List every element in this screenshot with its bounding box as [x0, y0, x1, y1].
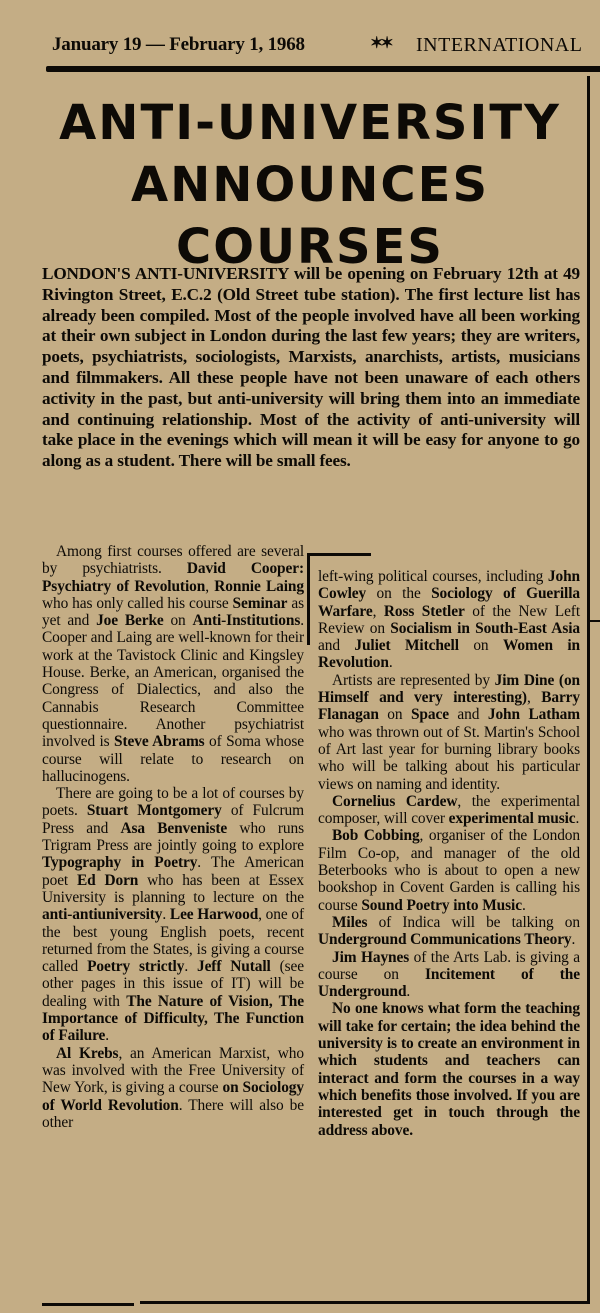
lecturer-name: Ed Dorn	[77, 872, 138, 889]
paragraph-poets: There are going to be a lot of courses b…	[42, 785, 304, 1044]
article-column-left: Among first courses offered are several …	[42, 543, 304, 1131]
course-name: Socialism in South-East Asia	[390, 620, 580, 637]
text: .	[184, 958, 197, 975]
masthead: January 19 — February 1, 1968 ✶✶ INTERNA…	[46, 30, 600, 60]
text: .	[105, 1027, 109, 1044]
lecturer-name: Juliet Mitchell	[354, 637, 459, 654]
text: who was thrown out of St. Martin's Schoo…	[318, 724, 580, 793]
paragraph-psychiatrists: Among first courses offered are several …	[42, 543, 304, 785]
lecturer-name: Stuart Montgomery	[87, 802, 222, 819]
course-name: Seminar	[233, 595, 288, 612]
lede-paragraph: LONDON'S ANTI-UNIVERSITY will be opening…	[42, 264, 580, 472]
column-bracket-horizontal	[307, 553, 371, 556]
lecturer-name: Joe Berke	[96, 612, 164, 629]
headline-line-1: ANTI-UNIVERSITY	[40, 92, 580, 154]
lecturer-name: Ross Stetler	[384, 603, 465, 620]
text: on	[164, 612, 193, 629]
course-name: Space	[411, 706, 449, 723]
text: .	[572, 931, 576, 948]
column-bracket-vertical	[307, 553, 310, 645]
paragraph-miles: Miles of Indica will be talking on Under…	[318, 914, 580, 949]
course-name: Sound Poetry into Music	[361, 897, 522, 914]
text: ,	[205, 578, 214, 595]
course-name: anti-antiuniversity	[42, 906, 162, 923]
text: who has only called his course	[42, 595, 233, 612]
text: .	[576, 810, 580, 827]
paragraph-cobbing: Bob Cobbing, organiser of the London Fil…	[318, 827, 580, 913]
lecturer-name: Jim Haynes	[332, 949, 409, 966]
lecturer-name: Asa Benveniste	[120, 820, 227, 837]
bottom-rule-left	[42, 1303, 134, 1306]
course-name: Poetry strictly	[87, 958, 184, 975]
lecturer-name: Lee Harwood	[170, 906, 258, 923]
text: ,	[527, 689, 541, 706]
lecturer-name: Steve Abrams	[114, 733, 205, 750]
course-name: Typography in Poetry	[42, 854, 197, 871]
bottom-rule-right	[140, 1301, 590, 1304]
text: .	[389, 654, 393, 671]
text: Artists are represented by	[332, 672, 495, 689]
paragraph-haynes: Jim Haynes of the Arts Lab. is giving a …	[318, 949, 580, 1001]
text: on	[459, 637, 503, 654]
text: .	[406, 983, 410, 1000]
headline-line-2: ANNOUNCES	[40, 154, 580, 216]
article-column-right: left-wing political courses, including J…	[318, 568, 580, 1139]
text: ,	[373, 603, 384, 620]
column-frame-rule	[587, 76, 590, 1302]
lecturer-name: Cornelius Cardew	[332, 793, 457, 810]
course-name: Anti-Institutions	[192, 612, 300, 629]
lede-text: will be opening on February 12th at 49 R…	[42, 264, 580, 470]
text: on the	[366, 585, 431, 602]
lecturer-name: Bob Cobbing	[332, 827, 420, 844]
course-name: experimental music	[449, 810, 576, 827]
masthead-rule	[46, 66, 600, 72]
paragraph-artists: Artists are represented by Jim Dine (on …	[318, 672, 580, 793]
lecturer-name: John Latham	[488, 706, 580, 723]
headline: ANTI-UNIVERSITY ANNOUNCES COURSES	[40, 92, 580, 278]
text: .	[162, 906, 170, 923]
text: of Indica will be talking on	[367, 914, 580, 931]
paragraph-political-courses: left-wing political courses, including J…	[318, 568, 580, 672]
lecturer-name: Al Krebs	[56, 1045, 118, 1062]
text: left-wing political courses, including	[318, 568, 548, 585]
lecturer-name: Miles	[332, 914, 367, 931]
text: . Cooper and Laing are well-known for th…	[42, 612, 304, 750]
text: on	[379, 706, 411, 723]
text: .	[522, 897, 526, 914]
text: and	[449, 706, 488, 723]
lecturer-name: Jeff Nutall	[197, 958, 271, 975]
paragraph-marxist: Al Krebs, an American Marxist, who was i…	[42, 1045, 304, 1131]
issue-date: January 19 — February 1, 1968	[52, 34, 305, 56]
course-name: Underground Communications Theory	[318, 931, 572, 948]
lecturer-name: Ronnie Laing	[214, 578, 304, 595]
text: and	[318, 637, 354, 654]
paragraph-closing: No one knows what form the teaching will…	[318, 1000, 580, 1138]
column-frame-connector	[587, 620, 600, 622]
paragraph-cardew: Cornelius Cardew, the experimental compo…	[318, 793, 580, 828]
section-label: INTERNATIONAL	[416, 34, 582, 57]
lede-lead-in: LONDON'S ANTI-UNIVERSITY	[42, 264, 289, 283]
star-ornament-icon: ✶✶	[370, 33, 391, 53]
text: No one knows what form the teaching will…	[318, 1000, 580, 1138]
